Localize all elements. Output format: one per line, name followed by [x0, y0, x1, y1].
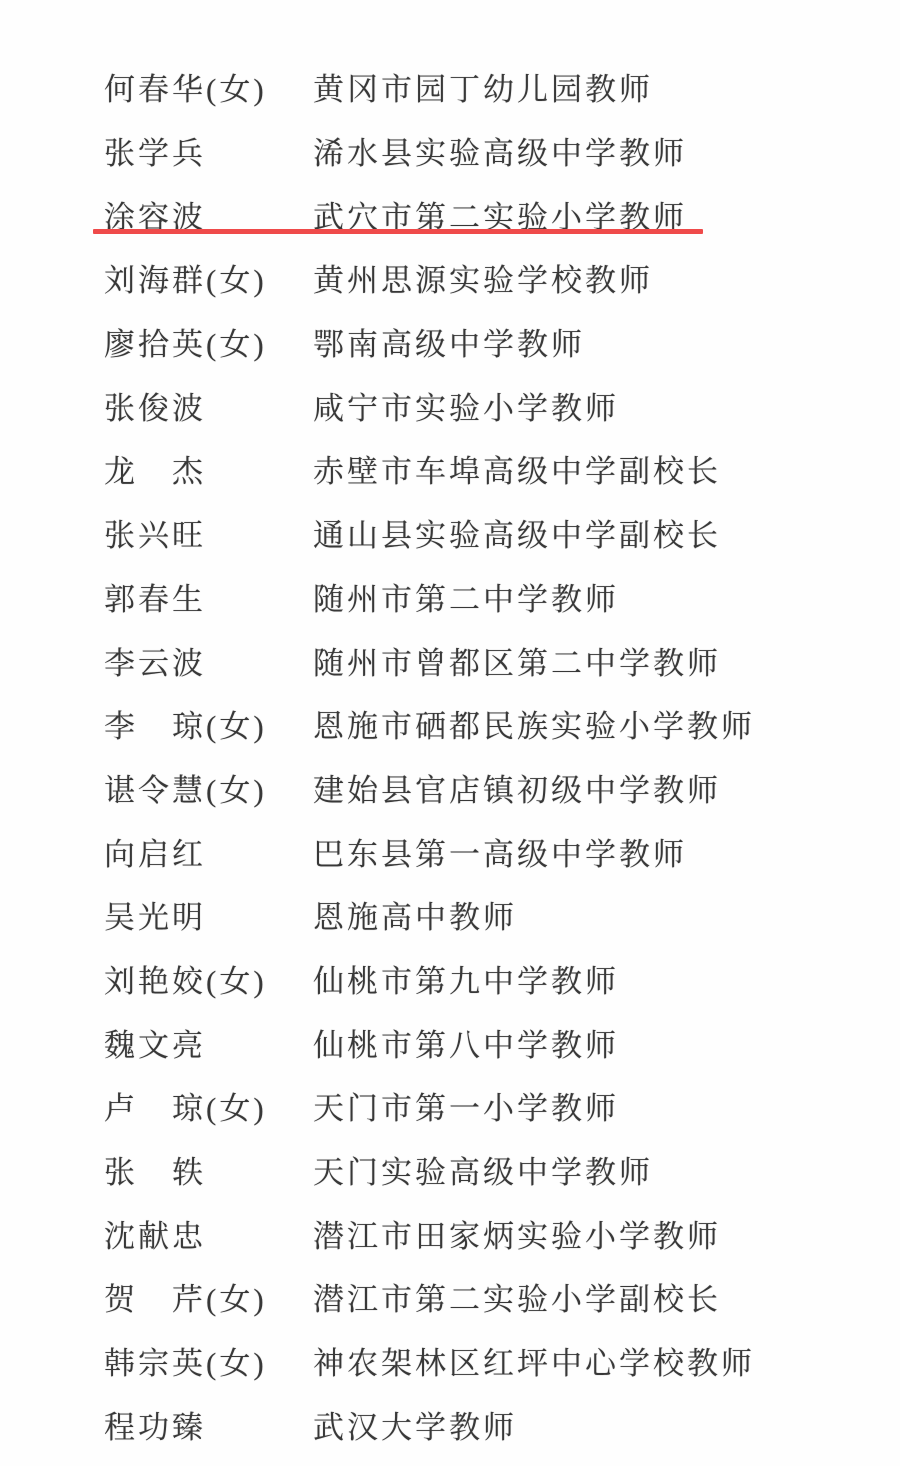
list-item: 贺 芹(女) 潜江市第二实验小学副校长	[0, 1265, 900, 1329]
list-item: 何春华(女) 黄冈市园丁幼儿园教师	[0, 55, 900, 119]
person-position: 天门实验高级中学教师	[313, 1147, 900, 1192]
person-position: 神农架林区红坪中心学校教师	[313, 1338, 900, 1383]
person-name: 张俊波	[104, 383, 313, 428]
person-name: 张 轶	[104, 1147, 313, 1192]
person-position: 黄州思源实验学校教师	[313, 255, 900, 300]
list-item: 向启红 巴东县第一高级中学教师	[0, 819, 900, 883]
list-item: 魏文亮 仙桃市第八中学教师	[0, 1010, 900, 1074]
person-position: 赤壁市车埠高级中学副校长	[313, 446, 900, 491]
list-item: 韩宗英(女) 神农架林区红坪中心学校教师	[0, 1329, 900, 1393]
list-item: 卢 琼(女) 天门市第一小学教师	[0, 1074, 900, 1138]
person-position: 咸宁市实验小学教师	[313, 383, 900, 428]
document-page: 何春华(女) 黄冈市园丁幼儿园教师 张学兵 浠水县实验高级中学教师 涂容波 武穴…	[0, 0, 900, 1466]
person-position: 潜江市第二实验小学副校长	[313, 1274, 900, 1319]
person-name: 李云波	[104, 638, 313, 683]
person-name: 何春华(女)	[104, 64, 313, 109]
list-item: 张兴旺 通山县实验高级中学副校长	[0, 501, 900, 565]
person-name: 郭春生	[104, 574, 313, 619]
list-item: 程功臻 武汉大学教师	[0, 1392, 900, 1456]
person-name: 卢 琼(女)	[104, 1083, 313, 1128]
list-item: 郭春生 随州市第二中学教师	[0, 565, 900, 629]
person-name: 张学兵	[104, 128, 313, 173]
person-position: 武汉大学教师	[313, 1402, 900, 1447]
person-name: 张兴旺	[104, 510, 313, 555]
person-position: 恩施高中教师	[313, 892, 900, 937]
roster-list: 何春华(女) 黄冈市园丁幼儿园教师 张学兵 浠水县实验高级中学教师 涂容波 武穴…	[0, 0, 900, 1456]
person-name: 刘海群(女)	[104, 255, 313, 300]
person-position: 天门市第一小学教师	[313, 1083, 900, 1128]
person-position: 仙桃市第八中学教师	[313, 1020, 900, 1065]
person-name: 向启红	[104, 829, 313, 874]
person-position: 仙桃市第九中学教师	[313, 956, 900, 1001]
person-position: 通山县实验高级中学副校长	[313, 510, 900, 555]
person-name: 魏文亮	[104, 1020, 313, 1065]
list-item: 张学兵 浠水县实验高级中学教师	[0, 119, 900, 183]
person-position: 建始县官店镇初级中学教师	[313, 765, 900, 810]
person-name: 李 琼(女)	[104, 701, 313, 746]
list-item: 李 琼(女) 恩施市硒都民族实验小学教师	[0, 692, 900, 756]
person-name: 贺 芹(女)	[104, 1274, 313, 1319]
person-position: 潜江市田家炳实验小学教师	[313, 1211, 900, 1256]
person-name: 龙 杰	[104, 446, 313, 491]
person-position: 黄冈市园丁幼儿园教师	[313, 64, 900, 109]
list-item: 刘海群(女) 黄州思源实验学校教师	[0, 246, 900, 310]
list-item: 龙 杰 赤壁市车埠高级中学副校长	[0, 437, 900, 501]
person-position: 随州市曾都区第二中学教师	[313, 638, 900, 683]
list-item: 张 轶 天门实验高级中学教师	[0, 1138, 900, 1202]
person-position: 浠水县实验高级中学教师	[313, 128, 900, 173]
person-position: 随州市第二中学教师	[313, 574, 900, 619]
person-name: 刘艳姣(女)	[104, 956, 313, 1001]
person-position: 巴东县第一高级中学教师	[313, 829, 900, 874]
list-item: 李云波 随州市曾都区第二中学教师	[0, 628, 900, 692]
list-item: 刘艳姣(女) 仙桃市第九中学教师	[0, 947, 900, 1011]
list-item: 廖拾英(女) 鄂南高级中学教师	[0, 310, 900, 374]
person-position: 恩施市硒都民族实验小学教师	[313, 701, 900, 746]
person-name: 程功臻	[104, 1402, 313, 1447]
list-item: 谌令慧(女) 建始县官店镇初级中学教师	[0, 756, 900, 820]
list-item: 吴光明 恩施高中教师	[0, 883, 900, 947]
person-position: 鄂南高级中学教师	[313, 319, 900, 364]
list-item: 沈献忠 潜江市田家炳实验小学教师	[0, 1201, 900, 1265]
list-item: 张俊波 咸宁市实验小学教师	[0, 373, 900, 437]
person-name: 廖拾英(女)	[104, 319, 313, 364]
person-name: 沈献忠	[104, 1211, 313, 1256]
red-underline	[93, 229, 703, 234]
person-name: 谌令慧(女)	[104, 765, 313, 810]
person-name: 吴光明	[104, 892, 313, 937]
person-name: 韩宗英(女)	[104, 1338, 313, 1383]
list-item: 涂容波 武穴市第二实验小学教师	[0, 182, 900, 246]
